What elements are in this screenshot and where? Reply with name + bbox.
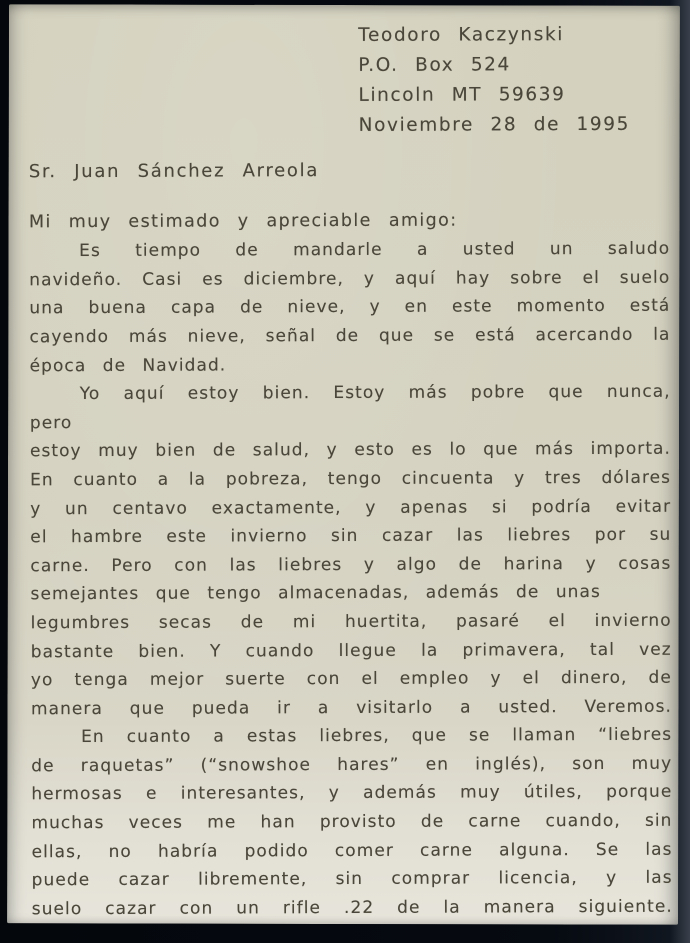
- sender-line: P.O. Box 524: [358, 50, 669, 81]
- letter-line: estoy muy bien de salud, y esto es lo qu…: [30, 435, 671, 466]
- letter-line: manera que pueda ir a visitarlo a usted.…: [31, 692, 672, 723]
- letter-line: el hambre este invierno sin cazar las li…: [30, 521, 671, 552]
- letter-line: En cuanto a estas liebres, que se llaman…: [31, 721, 672, 752]
- letter-line: ellas, no habría podido comer carne algu…: [31, 835, 672, 866]
- scan-background: { "letter": { "sender_block": [ "Teodoro…: [0, 0, 690, 943]
- salutation-line: Mi muy estimado y apreciable amigo:: [29, 205, 670, 236]
- letter-line: hermosas e interesantes, y además muy út…: [31, 778, 672, 809]
- letter-line: de raquetas” (“snowshoe hares” en inglés…: [31, 750, 672, 781]
- letter-line: En cuanto a la pobreza, tengo cincuenta …: [30, 464, 671, 495]
- letter-line: cayendo más nieve, señal de que se está …: [29, 321, 670, 352]
- letter-line: yo tenga mejor suerte con el empleo y el…: [31, 664, 672, 695]
- letter-content: Teodoro KaczynskiP.O. Box 524Lincoln MT …: [6, 4, 681, 926]
- sender-address-block: Teodoro KaczynskiP.O. Box 524Lincoln MT …: [358, 20, 669, 141]
- letter-line: navideño. Casi es diciembre, y aquí hay …: [29, 263, 670, 294]
- letter-line: una buena capa de nieve, y en este momen…: [29, 292, 670, 323]
- letter-line: suelo cazar con un rifle .22 de la maner…: [32, 893, 673, 924]
- letter-text-area: Sr. Juan Sánchez Arreola Mi muy estimado…: [7, 156, 681, 924]
- letter-body: Es tiempo de mandarle a usted un saludon…: [29, 235, 673, 924]
- letter-line: carne. Pero con las liebres y algo de ha…: [30, 549, 671, 580]
- sender-line: Noviembre 28 de 1995: [359, 110, 670, 141]
- recipient-line: Sr. Juan Sánchez Arreola: [29, 156, 670, 187]
- letter-line: época de Navidad.: [30, 349, 671, 380]
- letter-paper: Teodoro KaczynskiP.O. Box 524Lincoln MT …: [7, 4, 680, 924]
- sender-line: Lincoln MT 59639: [358, 80, 669, 111]
- letter-line: Es tiempo de mandarle a usted un saludo: [29, 235, 670, 266]
- letter-line: bastante bien. Y cuando llegue la primav…: [31, 635, 672, 666]
- letter-line: legumbres secas de mi huertita, pasaré e…: [31, 607, 672, 638]
- letter-line: semejantes que tengo almacenadas, además…: [30, 578, 671, 609]
- letter-line: puede cazar libremente, sin comprar lice…: [32, 864, 673, 895]
- letter-line: y un centavo exactamente, y apenas si po…: [30, 492, 671, 523]
- sender-line: Teodoro Kaczynski: [358, 20, 669, 51]
- letter-line: Yo aquí estoy bien. Estoy más pobre que …: [30, 378, 671, 438]
- letter-line: muchas veces me han provisto de carne cu…: [31, 807, 672, 838]
